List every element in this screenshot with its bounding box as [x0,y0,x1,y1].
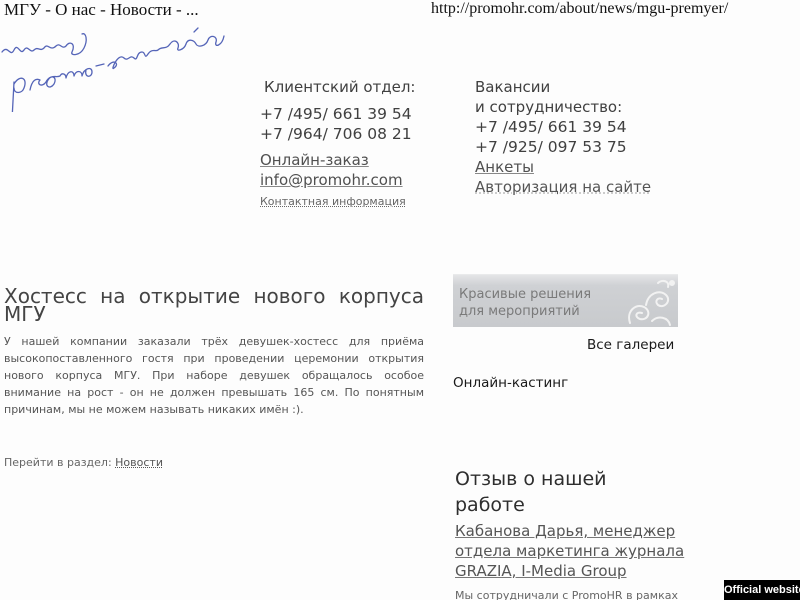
online-order-link[interactable]: Онлайн-заказ [260,151,369,169]
forms-link[interactable]: Анкеты [475,158,534,176]
online-casting-link[interactable]: Онлайн-кастинг [453,375,568,391]
official-website-badge: Official website [724,580,800,600]
review-heading: Отзыв о нашей работе [455,466,655,518]
client-department-heading: Клиентский отдел: [264,77,450,97]
goto-section-label: Перейти в раздел: [4,456,112,469]
handwriting-scribble-icon [0,22,240,112]
vacancies-heading-line1: Вакансии [475,77,685,97]
contact-info-link[interactable]: Контактная информация [260,195,406,208]
vacancies-heading-line2: и сотрудничество: [475,97,685,117]
review-author-link[interactable]: Кабанова Дарья, менеджер отдела маркетин… [455,521,695,581]
banner-text: Красивые решения для мероприятий [459,286,591,320]
print-page-title: МГУ - О нас - Новости - ... [4,0,199,20]
article-title: Хостесс на открытие нового корпуса МГУ [4,287,424,323]
events-banner[interactable]: Красивые решения для мероприятий [453,274,678,327]
site-login-link[interactable]: Авторизация на сайте [475,178,651,196]
client-department-block: Клиентский отдел: +7 /495/ 661 39 54 +7 … [260,77,450,210]
handwritten-annotation [0,22,240,112]
client-phone-1: +7 /495/ 661 39 54 [260,104,450,124]
floral-ornament-icon [618,275,678,327]
article-body: У нашей компании заказали трёх девушек-х… [4,333,424,418]
goto-section: Перейти в раздел: Новости [4,456,163,469]
client-phone-2: +7 /964/ 706 08 21 [260,124,450,144]
banner-line-2: для мероприятий [459,303,591,320]
print-page-url: http://promohr.com/about/news/mgu-premye… [431,0,728,18]
news-section-link[interactable]: Новости [115,456,163,469]
email-link[interactable]: info@promohr.com [260,171,403,189]
vacancies-phone-1: +7 /495/ 661 39 54 [475,117,685,137]
all-galleries-link[interactable]: Все галереи [587,337,674,353]
review-snippet: Мы сотрудничали с PromoHR в рамках [455,589,678,600]
vacancies-block: Вакансии и сотрудничество: +7 /495/ 661 … [475,77,685,197]
banner-line-1: Красивые решения [459,286,591,303]
vacancies-phone-2: +7 /925/ 097 53 75 [475,137,685,157]
